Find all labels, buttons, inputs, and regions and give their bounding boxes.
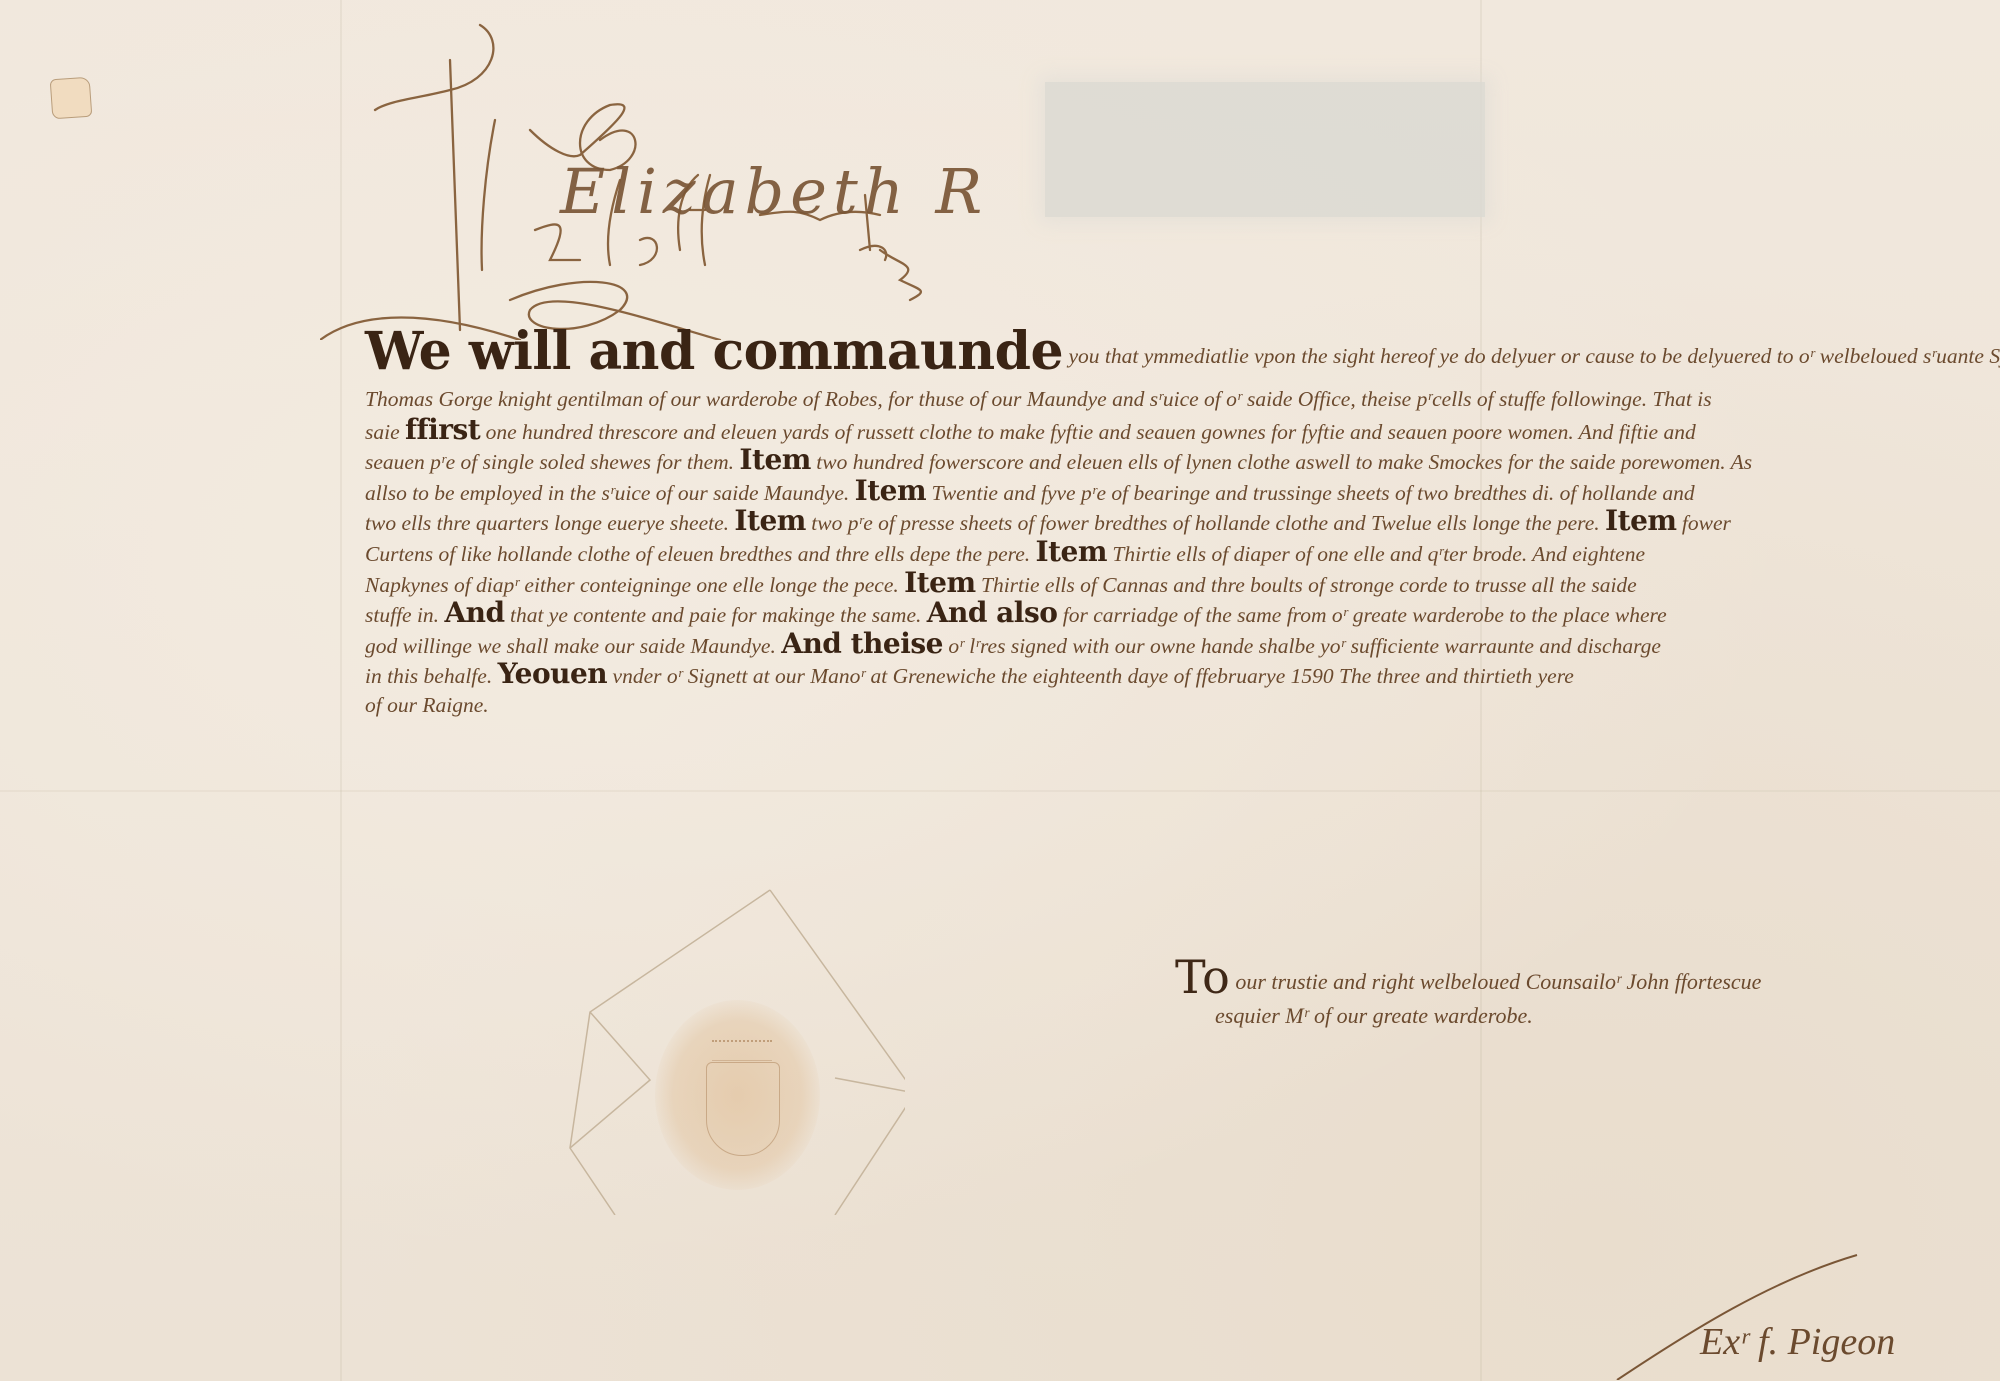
body-line-text: in this behalfe. — [365, 664, 492, 688]
fold-line — [0, 790, 2000, 792]
body-line-text: allso to be employed in the sʳuice of ou… — [365, 481, 849, 505]
body-line: in this behalfe. Yeouen vnder oʳ Signett… — [365, 659, 1975, 690]
address-line: our trustie and right welbeloued Counsai… — [1235, 969, 1761, 994]
body-line-text: god willinge we shall make our saide Mau… — [365, 634, 776, 658]
body-line-text: of our Raigne. — [365, 693, 489, 717]
body-line-text: one hundred threscore and eleuen yards o… — [486, 420, 1696, 444]
paper-tab-fragment — [50, 77, 93, 120]
body-line-text: Napkynes of diapʳ either conteigninge on… — [365, 573, 899, 597]
body-line: of our Raigne. — [365, 690, 1975, 721]
body-line: saie ffirst one hundred threscore and el… — [365, 415, 1975, 446]
body-line-text: saie — [365, 420, 400, 444]
body-line-text: Thirtie ells of diaper of one elle and q… — [1112, 542, 1645, 566]
body-line-text: two pʳe of presse sheets of fower bredth… — [811, 511, 1599, 535]
address-block: To our trustie and right welbeloued Coun… — [1175, 960, 1761, 1033]
rubric-word: And theise — [781, 627, 943, 660]
body-line-text: two ells thre quarters longe euerye shee… — [365, 511, 729, 535]
clerk-endorsement: Exʳ f. Pigeon — [1700, 1320, 1895, 1364]
body-line: allso to be employed in the sʳuice of ou… — [365, 476, 1975, 507]
body-line: two ells thre quarters longe euerye shee… — [365, 506, 1975, 537]
rubric-word: Item — [904, 566, 975, 599]
rubric-word: And also — [927, 596, 1058, 629]
address-line: esquier Mʳ of our greate warderobe. — [1175, 999, 1761, 1033]
body-line: stuffe in. And that ye contente and paie… — [365, 598, 1975, 629]
body-line-text: fower — [1682, 511, 1731, 535]
body-line-text: stuffe in. — [365, 603, 439, 627]
rubric-word: Item — [855, 474, 926, 507]
rubric-word: Item — [739, 443, 810, 476]
rubric-word: Item — [1036, 535, 1107, 568]
body-line: god willinge we shall make our saide Mau… — [365, 629, 1975, 660]
body-line-text: vnder oʳ Signett at our Manoʳ at Grenewi… — [613, 664, 1574, 688]
address-initial: To — [1175, 950, 1230, 1004]
rubric-word: And — [444, 596, 504, 629]
body-line: Curtens of like hollande clothe of eleue… — [365, 537, 1975, 568]
manuscript-sheet: Elizabeth R We will and commaunde you th… — [0, 0, 2000, 1381]
body-line-text: for carriadge of the same from oʳ greate… — [1063, 603, 1667, 627]
body-line-text: Twentie and fyve pʳe of bearinge and tru… — [931, 481, 1694, 505]
body-line-text: that ye contente and paie for makinge th… — [510, 603, 921, 627]
body-line-text: two hundred fowerscore and eleuen ells o… — [816, 450, 1752, 474]
body-line-text: seauen pʳe of single soled shewes for th… — [365, 450, 734, 474]
rubric-word: ffirst — [405, 413, 480, 446]
rubric-word: Item — [1605, 504, 1676, 537]
body-line-text: you that ymmediatlie vpon the sight here… — [1068, 344, 2000, 368]
rubric-word: Item — [734, 504, 805, 537]
body-line: Napkynes of diapʳ either conteigninge on… — [365, 568, 1975, 599]
crown-icon — [712, 1040, 772, 1061]
body-line: Thomas Gorge knight gentilman of our war… — [365, 384, 1975, 415]
body-line-text: Thirtie ells of Cannas and thre boults o… — [981, 573, 1637, 597]
body-line-text: Curtens of like hollande clothe of eleue… — [365, 542, 1030, 566]
opening-words: We will and commaunde — [365, 321, 1063, 382]
body-line: seauen pʳe of single soled shewes for th… — [365, 445, 1975, 476]
shield-icon — [706, 1062, 780, 1156]
rubric-word: Yeouen — [498, 657, 608, 690]
body-line-text: Thomas Gorge knight gentilman of our war… — [365, 387, 1712, 411]
body-line: We will and commaunde you that ymmediatl… — [365, 326, 1975, 384]
signature-text: Elizabeth R — [560, 155, 988, 228]
warrant-body: We will and commaunde you that ymmediatl… — [365, 326, 1975, 721]
body-line-text: oʳ lʳres signed with our owne hande shal… — [948, 634, 1661, 658]
